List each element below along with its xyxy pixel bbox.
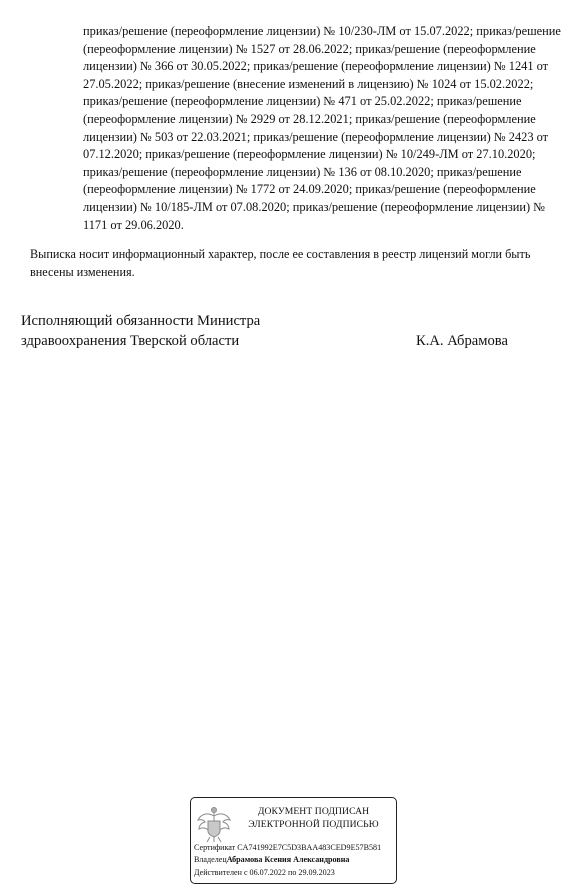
stamp-heading: ДОКУМЕНТ ПОДПИСАН ЭЛЕКТРОННОЙ ПОДПИСЬЮ (231, 806, 396, 831)
signer-position-line1: Исполняющий обязанности Министра (21, 311, 541, 331)
disclaimer-text: Выписка носит информационный характер, п… (30, 245, 570, 281)
validity-row: Действителен с 06.07.2022 по 29.09.2023 (194, 867, 397, 879)
owner-value: Абрамова Ксения Александровна (227, 855, 350, 864)
stamp-heading-line2: ЭЛЕКТРОННОЙ ПОДПИСЬЮ (231, 819, 396, 832)
russian-coat-of-arms-icon (195, 804, 233, 844)
owner-row: ВладелецАбрамова Ксения Александровна (194, 854, 397, 866)
signature-block: Исполняющий обязанности Министра здравоо… (21, 311, 541, 351)
stamp-details: Сертификат CA741992E7C5D3BAA483CED9E57B5… (194, 842, 397, 879)
license-orders-list: приказ/решение (переоформление лицензии)… (83, 23, 561, 234)
owner-label: Владелец (194, 855, 227, 864)
certificate-row: Сертификат CA741992E7C5D3BAA483CED9E57B5… (194, 842, 397, 854)
certificate-value: CA741992E7C5D3BAA483CED9E57B581 (237, 843, 381, 852)
stamp-heading-line1: ДОКУМЕНТ ПОДПИСАН (231, 806, 396, 819)
signer-name: К.А. Абрамова (416, 331, 508, 351)
electronic-signature-stamp: ДОКУМЕНТ ПОДПИСАН ЭЛЕКТРОННОЙ ПОДПИСЬЮ С… (190, 797, 397, 884)
certificate-label: Сертификат (194, 843, 235, 852)
